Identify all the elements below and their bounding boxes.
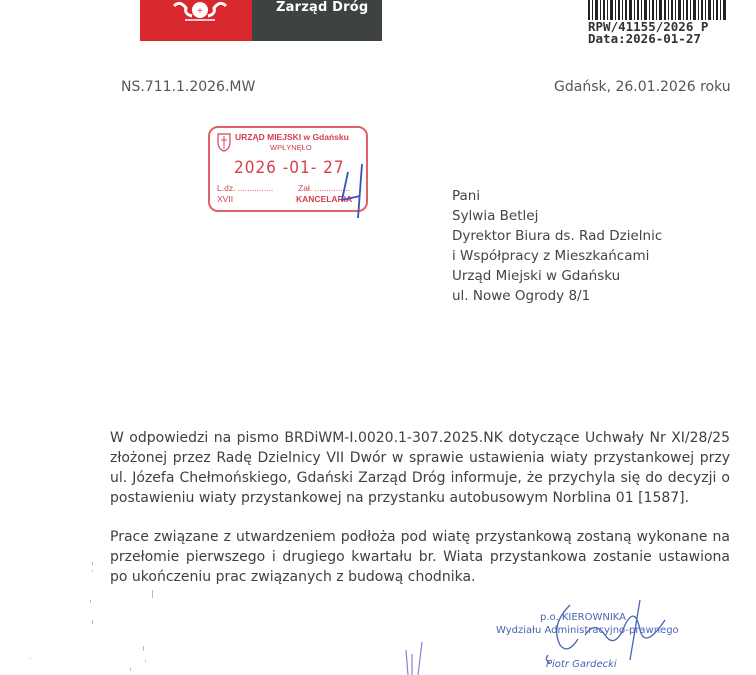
body-paragraph: W odpowiedzi na pismo BRDiWM-I.0020.1-30…: [110, 428, 730, 508]
organization-name: Zarząd Dróg: [276, 0, 368, 15]
signature-department: Wydziału Administracyjno-prawnego: [496, 625, 679, 636]
gdansk-coat-of-arms-icon: +: [170, 0, 230, 28]
stamp-date: 2026 -01- 27: [234, 158, 345, 178]
stamp-crest-icon: [216, 132, 232, 152]
stamp-subtitle: WPŁYNĘŁO: [270, 143, 312, 152]
signature-name: Piotr Gardecki: [546, 659, 617, 670]
addressee-line: Urząd Miejski w Gdańsku: [452, 266, 662, 286]
addressee-line: i Współpracy z Mieszkańcami: [452, 246, 662, 266]
handwritten-number-icon: [338, 160, 368, 220]
svg-text:+: +: [197, 6, 204, 15]
scan-noise-icon: [0, 560, 200, 675]
signature-title: p.o. KIEROWNIKA: [540, 612, 626, 623]
stamp-ldz: L.dz. ...............: [217, 183, 273, 193]
body-paragraph: Prace związane z utwardzeniem podłoża po…: [110, 527, 730, 587]
registration-date: Data:2026-01-27: [588, 33, 701, 45]
stamp-title: URZĄD MIEJSKI w Gdańsku: [235, 132, 349, 142]
initials-scribble-icon: [400, 640, 440, 675]
addressee-line: Pani: [452, 186, 662, 206]
stamp-department: XVII: [217, 194, 233, 204]
addressee-block: Pani Sylwia Betlej Dyrektor Biura ds. Ra…: [452, 186, 662, 306]
addressee-line: Dyrektor Biura ds. Rad Dzielnic: [452, 226, 662, 246]
barcode-icon: [588, 0, 728, 20]
place-date: Gdańsk, 26.01.2026 roku: [554, 79, 731, 95]
addressee-line: Sylwia Betlej: [452, 206, 662, 226]
addressee-line: ul. Nowe Ogrody 8/1: [452, 286, 662, 306]
sign-reference: NS.711.1.2026.MW: [121, 79, 255, 95]
